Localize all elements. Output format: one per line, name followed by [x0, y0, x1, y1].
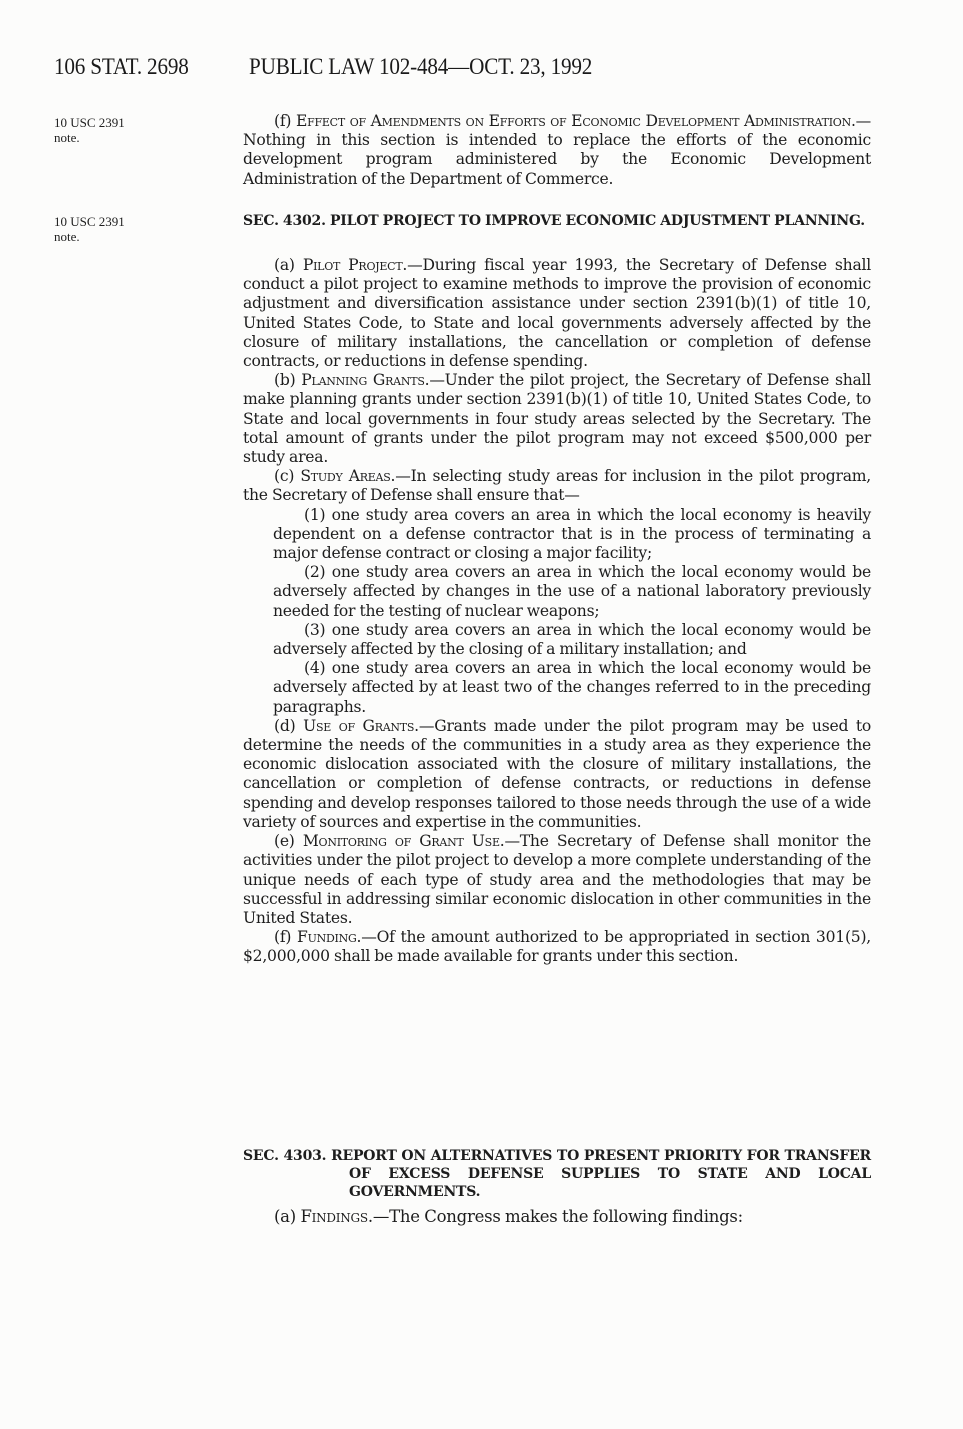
- subsection-f-effect-of-amendments: (f) Effect of Amendments on Efforts of E…: [243, 112, 871, 189]
- subsection-heading: Monitoring of Grant Use.: [303, 832, 505, 850]
- running-head: 106 STAT. 2698 PUBLIC LAW 102-484—OCT. 2…: [54, 54, 716, 84]
- subsection-a-pilot-project: (a) Pilot Project.—During fiscal year 19…: [243, 256, 871, 371]
- paragraph-2: (2) one study area covers an area in whi…: [273, 563, 871, 621]
- margin-note-line: 10 USC 2391: [54, 115, 125, 130]
- margin-note-line: 10 USC 2391: [54, 214, 125, 229]
- subsection-label: (a): [274, 256, 295, 274]
- subsection-a-findings: (a) Findings.—The Congress makes the fol…: [243, 1207, 871, 1226]
- section-4302-body: (a) Pilot Project.—During fiscal year 19…: [243, 256, 871, 967]
- subsection-heading: Planning Grants.: [301, 371, 429, 389]
- section-heading: SEC. 4302. PILOT PROJECT TO IMPROVE ECON…: [243, 212, 871, 230]
- subsection-label: (d): [274, 717, 295, 735]
- subsection-e-monitoring: (e) Monitoring of Grant Use.—The Secreta…: [243, 832, 871, 928]
- paragraph-1: (1) one study area covers an area in whi…: [273, 506, 871, 564]
- subsection-label: (b): [274, 371, 295, 389]
- subsection-label: (f): [274, 112, 291, 130]
- margin-note-usc-citation: 10 USC 2391 note.: [54, 214, 125, 244]
- subsection-d-use-of-grants: (d) Use of Grants.—Grants made under the…: [243, 717, 871, 832]
- subsection-label: (e): [274, 832, 295, 850]
- margin-note-usc-citation: 10 USC 2391 note.: [54, 115, 125, 145]
- section-title: REPORT ON ALTERNATIVES TO PRESENT PRIORI…: [331, 1148, 871, 1200]
- stat-page-number: 106 STAT. 2698: [54, 54, 189, 80]
- section-4302-heading: SEC. 4302. PILOT PROJECT TO IMPROVE ECON…: [243, 212, 871, 230]
- section-4303-heading: SEC. 4303. REPORT ON ALTERNATIVES TO PRE…: [243, 1147, 871, 1201]
- section-number: SEC. 4303.: [243, 1148, 326, 1164]
- subsection-heading: Findings.: [300, 1207, 372, 1226]
- paragraph: (f) Effect of Amendments on Efforts of E…: [243, 112, 871, 189]
- subsection-label: (f): [274, 928, 291, 946]
- subsection-b-planning-grants: (b) Planning Grants.—Under the pilot pro…: [243, 371, 871, 467]
- subsection-label: (a): [274, 1207, 296, 1226]
- subsection-label: (c): [274, 467, 294, 485]
- subsection-heading: Pilot Project.: [303, 256, 407, 274]
- document-page: 106 STAT. 2698 PUBLIC LAW 102-484—OCT. 2…: [0, 0, 963, 1429]
- subsection-f-funding: (f) Funding.—Of the amount authorized to…: [243, 928, 871, 966]
- subsection-heading: Study Areas.: [300, 467, 395, 485]
- paragraph-4: (4) one study area covers an area in whi…: [273, 659, 871, 717]
- section-title: PILOT PROJECT TO IMPROVE ECONOMIC ADJUST…: [330, 213, 865, 229]
- margin-note-line: note.: [54, 130, 125, 145]
- margin-note-line: note.: [54, 229, 125, 244]
- public-law-title: PUBLIC LAW 102-484—OCT. 23, 1992: [249, 54, 592, 80]
- subsection-heading: Use of Grants.: [303, 717, 419, 735]
- subsection-heading: Funding.: [297, 928, 361, 946]
- subsection-c-study-areas: (c) Study Areas.—In selecting study area…: [243, 467, 871, 505]
- paragraph-3: (3) one study area covers an area in whi…: [273, 621, 871, 659]
- section-4303-body: (a) Findings.—The Congress makes the fol…: [243, 1207, 871, 1226]
- section-number: SEC. 4302.: [243, 213, 326, 229]
- subsection-text: —The Congress makes the following findin…: [373, 1207, 743, 1226]
- section-heading: SEC. 4303. REPORT ON ALTERNATIVES TO PRE…: [243, 1147, 871, 1201]
- subsection-heading: Effect of Amendments on Efforts of Econo…: [296, 112, 856, 130]
